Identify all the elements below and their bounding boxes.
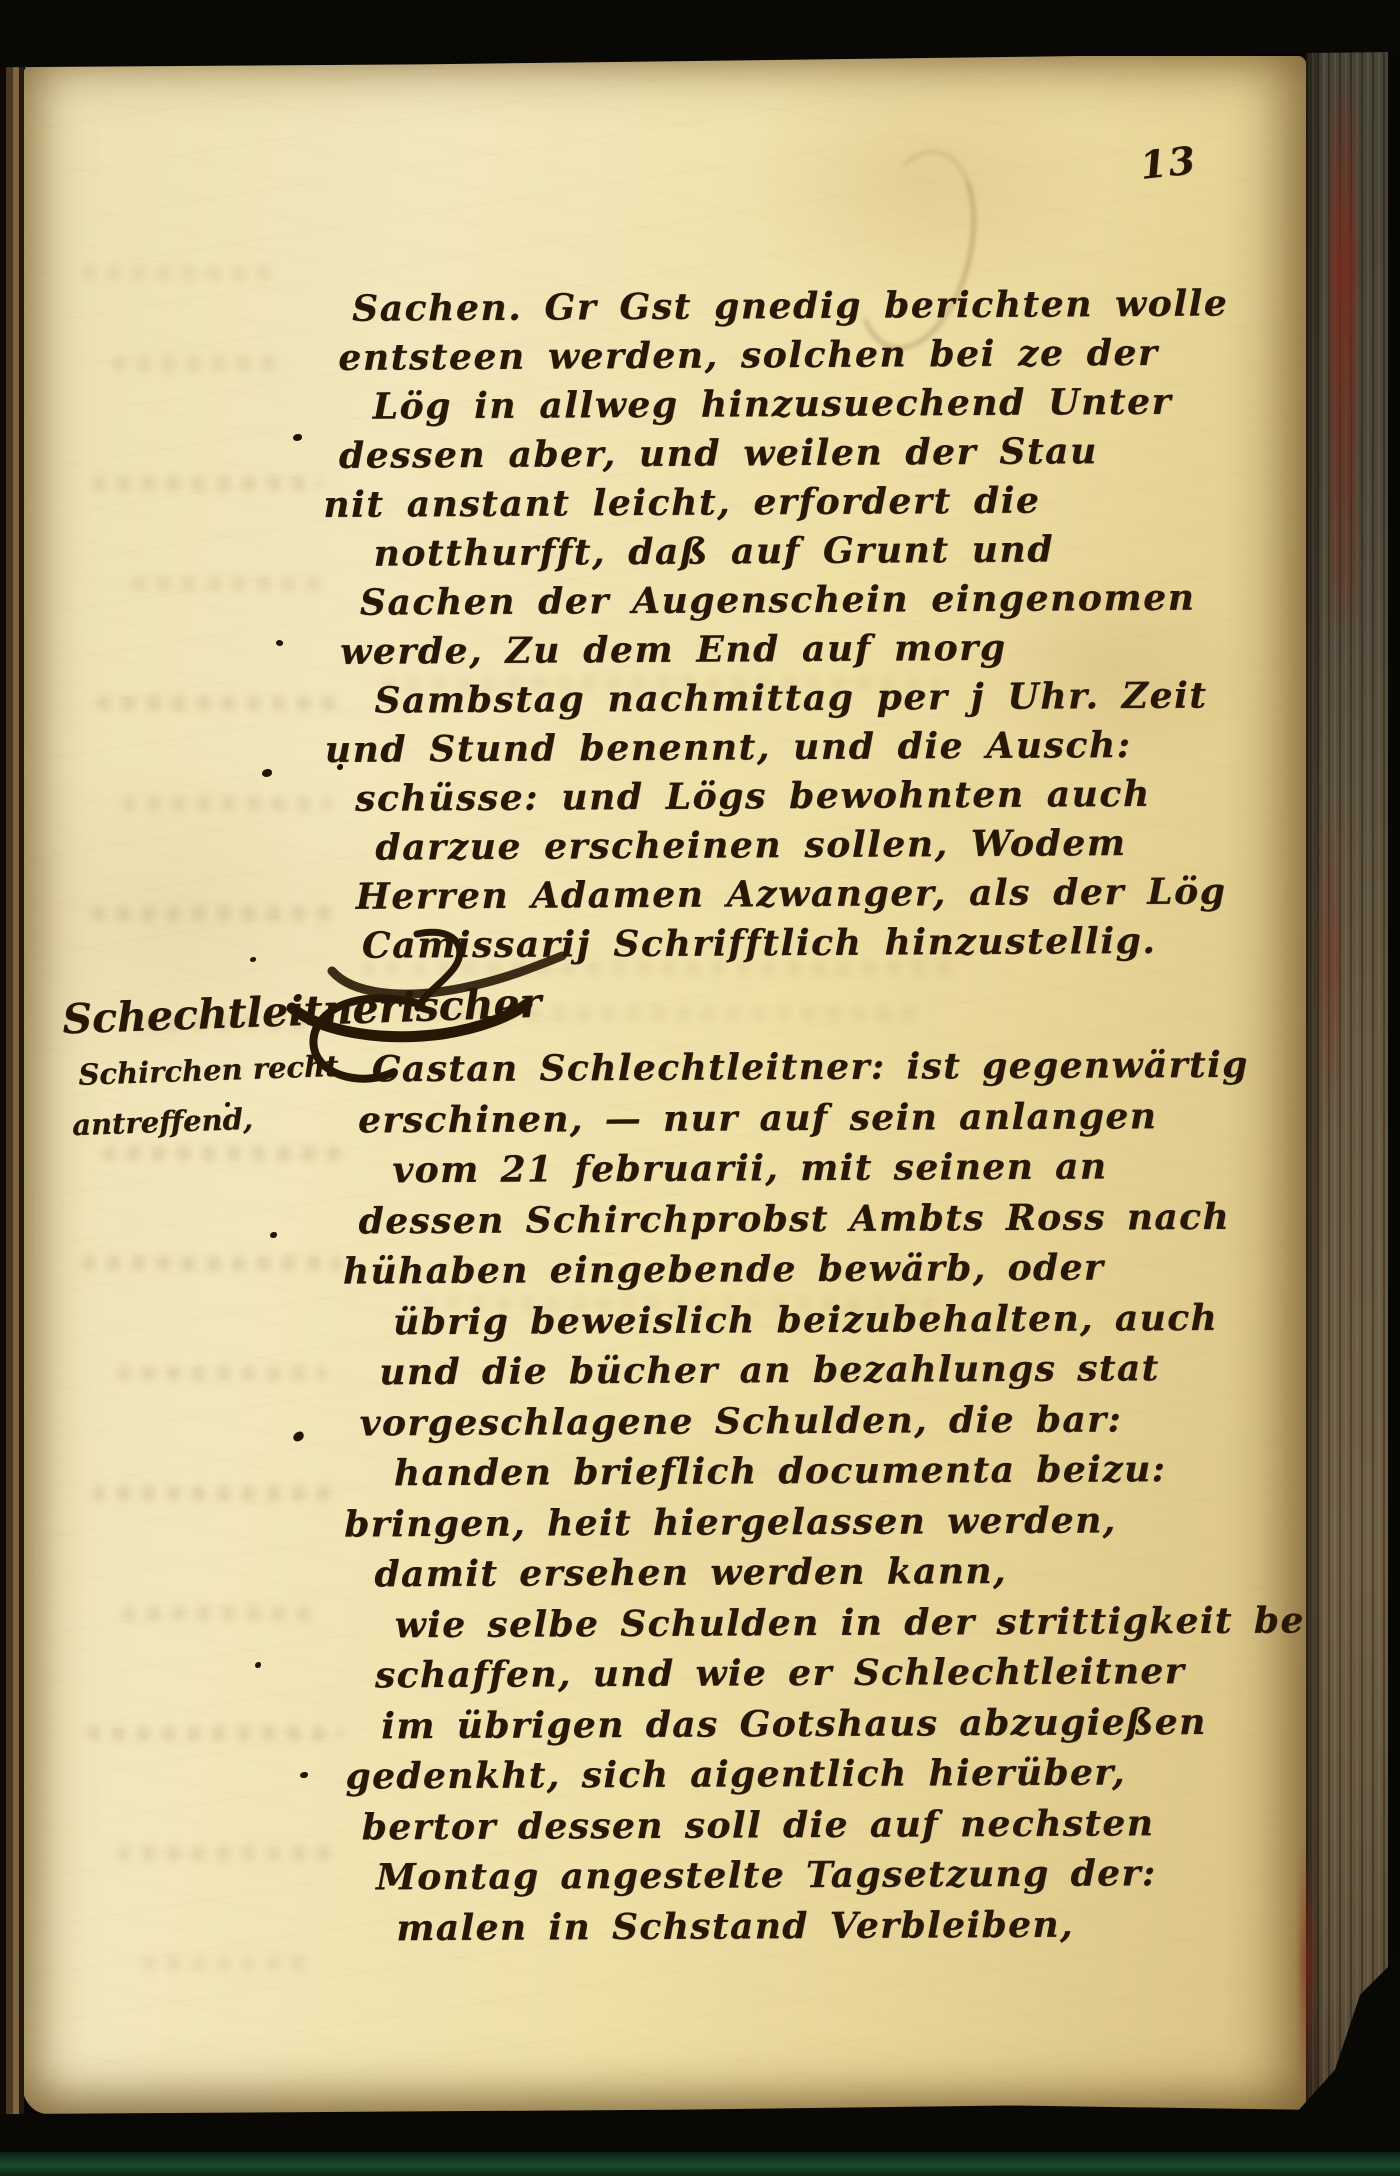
photo-background: [1388, 0, 1400, 2176]
manuscript-line: Herren Adamen Azwanger, als der Lög: [356, 867, 1256, 921]
manuscript-line: werde, Zu dem End auf morg: [340, 622, 1254, 677]
ink-speck: [293, 434, 302, 441]
manuscript-line: Montag angestelte Tagsetzung der:: [376, 1848, 1266, 1903]
ink-speck: [300, 1772, 308, 1778]
manuscript-line: bringen, heit hiergelassen werden,: [344, 1494, 1264, 1549]
manuscript-page: 13 Sachen. Gr Gst gnedig berichten wolle…: [22, 56, 1306, 2114]
manuscript-line: und die bücher an bezahlungs stat: [379, 1343, 1263, 1398]
manuscript-photo: 13 Sachen. Gr Gst gnedig berichten wolle…: [0, 0, 1400, 2176]
manuscript-line: übrig beweislich beizubehalten, auch: [393, 1292, 1263, 1347]
book-gutter-edge: [0, 0, 24, 2176]
manuscript-line: schüsse: und Lögs bewohnten auch: [355, 769, 1255, 823]
manuscript-line: notthurfft, daß auf Grunt und: [373, 524, 1253, 578]
manuscript-line: vom 21 februarii, mit seinen an: [392, 1141, 1262, 1196]
bleed-through-line: [132, 576, 322, 591]
manuscript-line: Sambstag nachmittag per j Uhr. Zeit: [374, 671, 1254, 725]
bleed-through-line: [92, 906, 342, 921]
bleed-through-line: [117, 1366, 327, 1381]
manuscript-line: malen in Schstand Verbleiben,: [396, 1898, 1266, 1953]
manuscript-line: und Stund benennt, und die Ausch:: [325, 720, 1255, 775]
fore-edge-red-stain: [1330, 60, 1356, 640]
manuscript-line: dessen Schirchprobst Ambts Ross nach: [358, 1191, 1262, 1246]
bleed-through-line: [87, 1726, 342, 1741]
ink-speck: [255, 1662, 261, 1668]
manuscript-line: Sachen. Gr Gst gnedig berichten wolle: [352, 279, 1252, 333]
bleed-through-line: [122, 796, 332, 811]
manuscript-line: Camissarij Schrifftlich hinzustellig.: [362, 916, 1256, 970]
ink-speck: [275, 639, 284, 648]
manuscript-line: im übrigen das Gotshaus abzugießen: [381, 1696, 1265, 1751]
bleed-through-line: [82, 1256, 342, 1271]
ink-speck: [250, 957, 256, 962]
manuscript-line: gedenkht, sich aigentlich hierüber,: [345, 1747, 1265, 1802]
bleed-through-line: [122, 1606, 322, 1621]
manuscript-line: hühaben eingebende bewärb, oder: [343, 1242, 1263, 1297]
manuscript-line: vorgeschlagene Schulden, die bar:: [359, 1393, 1263, 1448]
bleed-through-line: [92, 476, 322, 491]
manuscript-line: handen brieflich documenta beizu:: [394, 1444, 1264, 1499]
manuscript-line: bertor dessen soll die auf nechsten: [362, 1797, 1266, 1852]
manuscript-line: wie selbe Schulden in der strittigkeit b…: [395, 1595, 1265, 1650]
bleed-through-line: [117, 1846, 332, 1861]
bleed-through-line: [102, 1146, 342, 1161]
fore-edge-red-stain: [1300, 1840, 1313, 2110]
manuscript-line: nit anstant leicht, erfordert die: [323, 475, 1253, 530]
ink-speck: [262, 769, 272, 777]
bleed-through-line: [92, 1486, 342, 1501]
bleed-through-line: [82, 266, 282, 281]
paragraph-block-2: Castan Schlechtleitner: ist gegenwärtige…: [372, 1040, 1267, 1954]
manuscript-line: Castan Schlechtleitner: ist gegenwärtig: [372, 1040, 1262, 1095]
fore-edge-red-stain: [1320, 800, 1340, 1130]
manuscript-line: dessen aber, und weilen der Stau: [339, 426, 1253, 481]
manuscript-line: damit ersehen werden kann,: [374, 1545, 1264, 1600]
bleed-through-line: [97, 696, 337, 711]
manuscript-line: schaffen, und wie er Schlechtleitner: [375, 1646, 1265, 1701]
manuscript-line: erschinen, — nur auf sein anlangen: [358, 1090, 1262, 1145]
manuscript-line: darzue erscheinen sollen, Wodem: [375, 818, 1255, 872]
table-cloth-strip: [0, 2152, 1400, 2176]
manuscript-line: Lög in allweg hinzusuechend Unter: [373, 377, 1253, 431]
bleed-through-line: [112, 356, 282, 371]
ink-speck: [270, 1232, 277, 1238]
bleed-through-line: [142, 1956, 312, 1971]
page-number: 13: [1138, 137, 1199, 188]
paragraph-block-1: Sachen. Gr Gst gnedig berichten wolleent…: [352, 279, 1256, 970]
manuscript-line: Sachen der Augenschein eingenomen: [360, 573, 1254, 627]
ink-speck: [292, 1430, 305, 1442]
manuscript-line: entsteen werden, solchen bei ze der: [338, 328, 1252, 383]
